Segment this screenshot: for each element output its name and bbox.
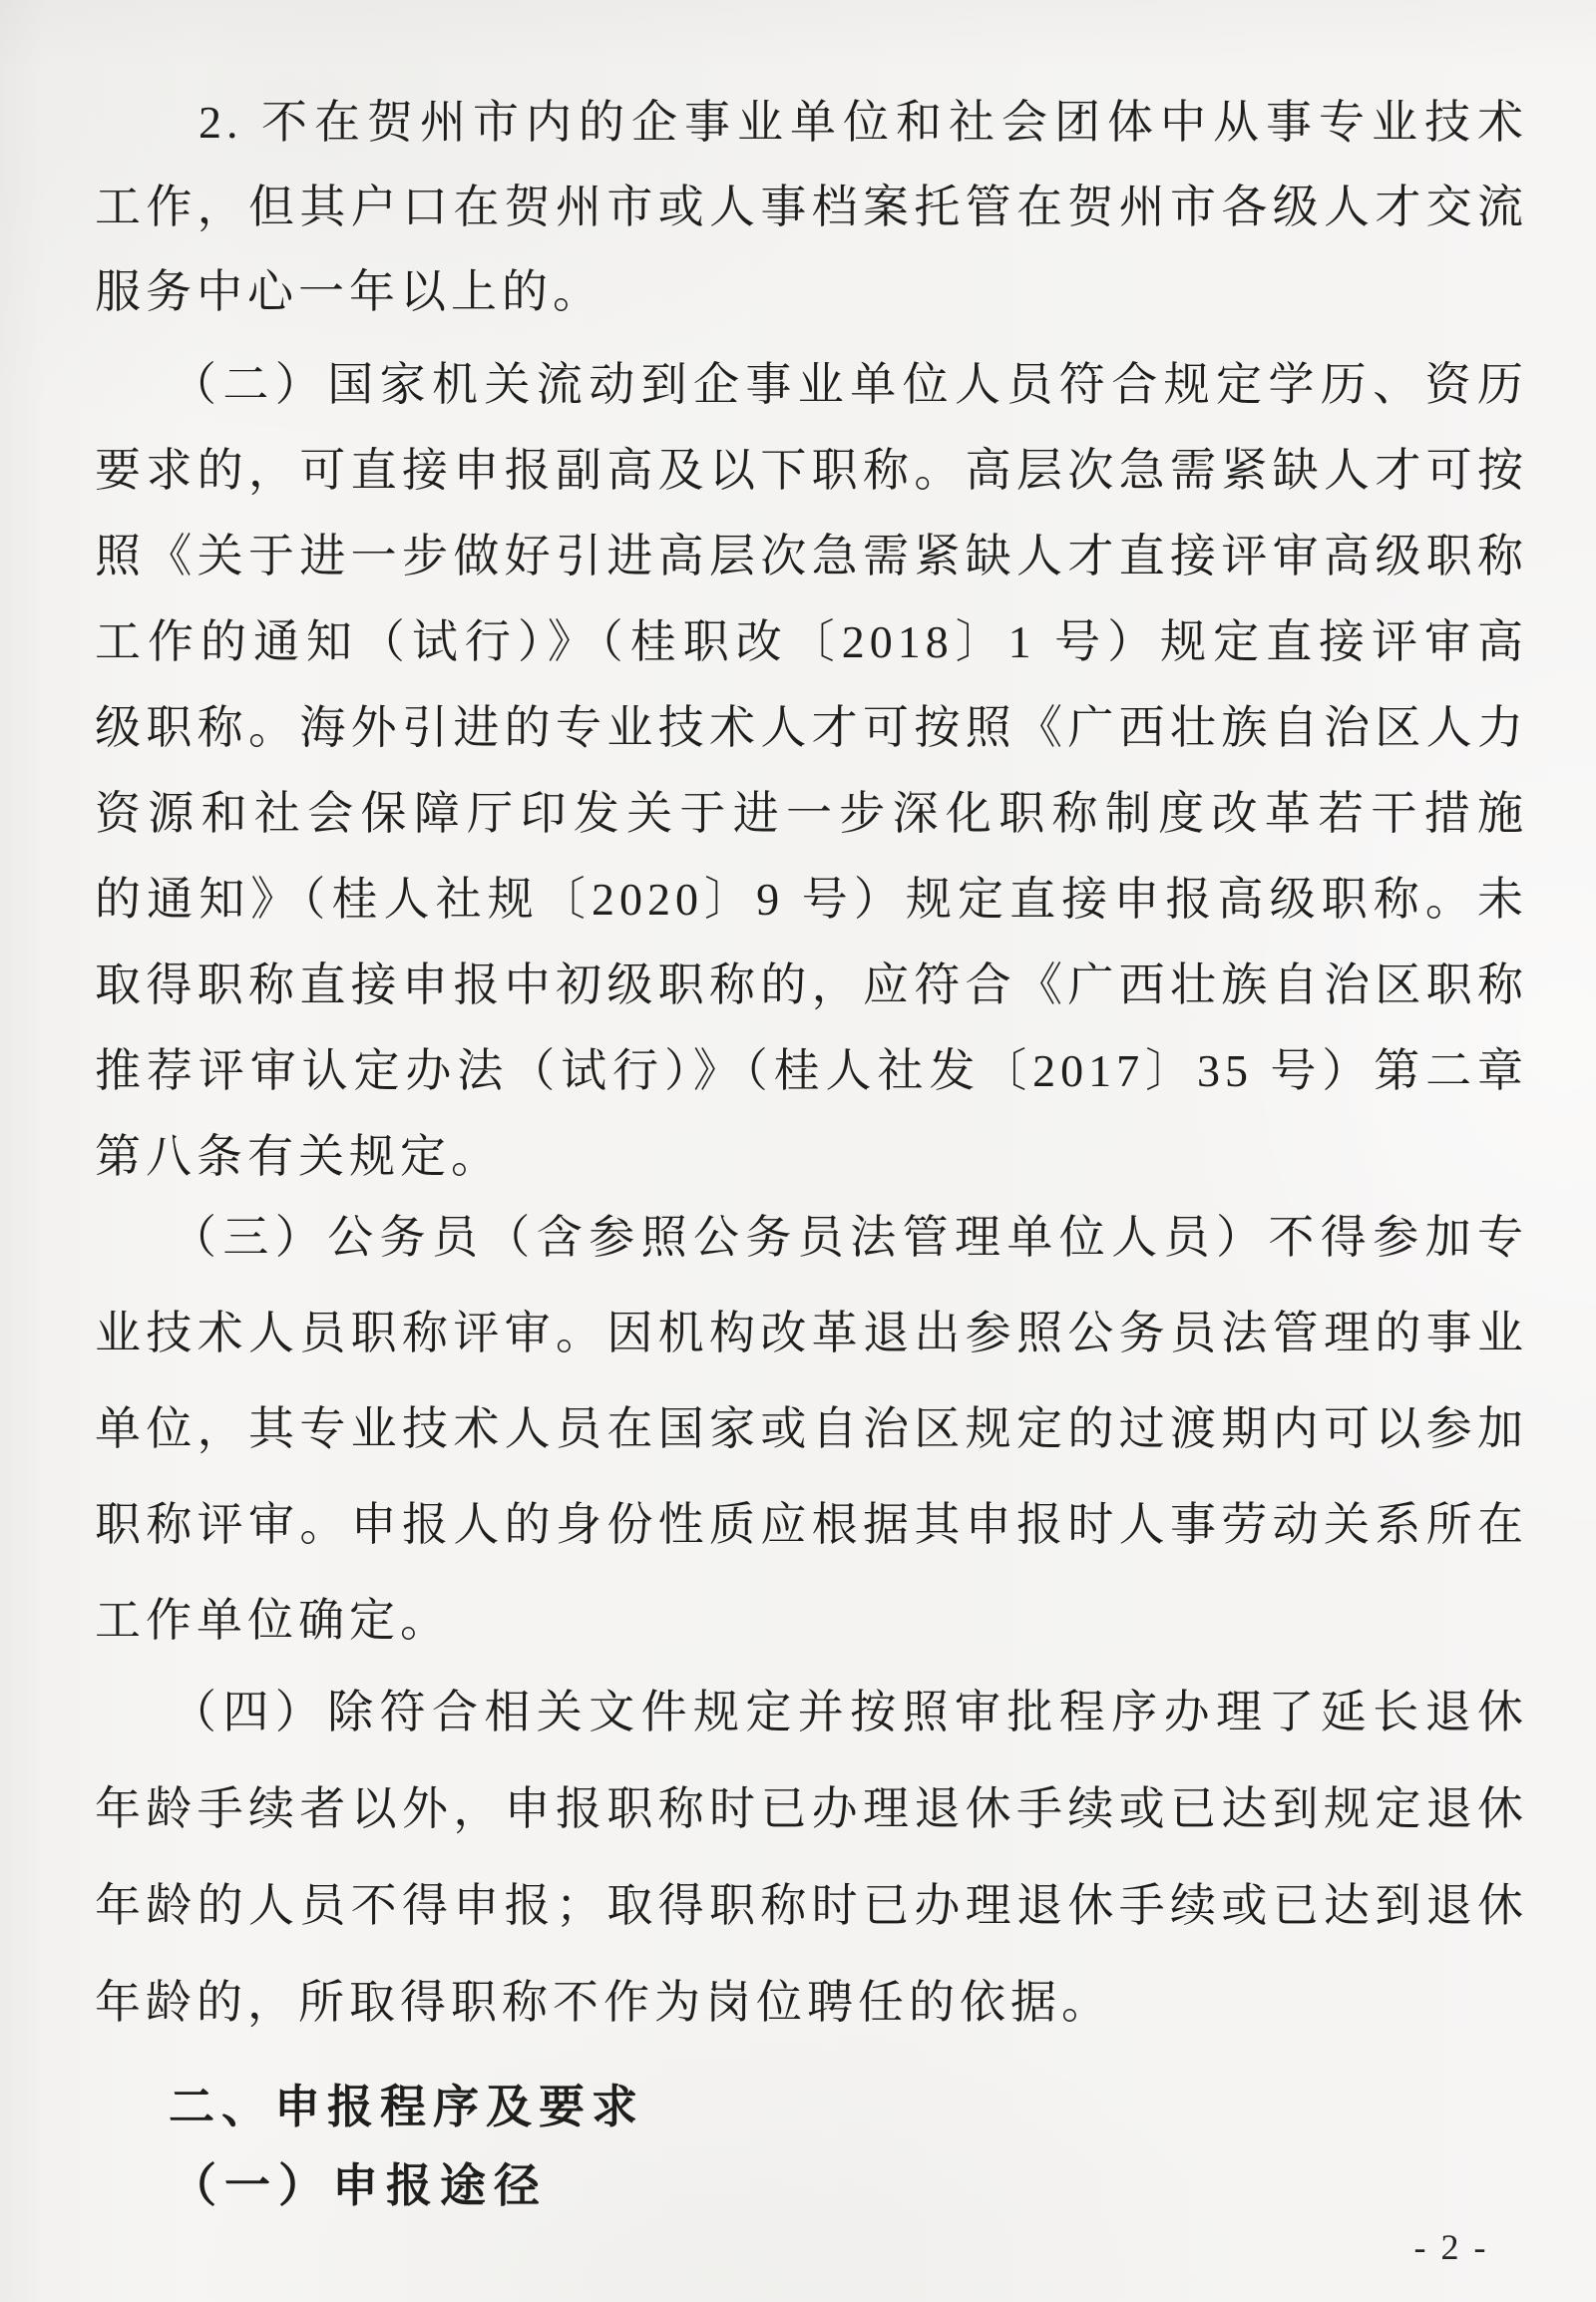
text-line: 级职称。海外引进的专业技术人才可按照《广西壮族自治区人力	[95, 685, 1528, 771]
text-line: 单位，其专业技术人员在国家或自治区规定的过渡期内可以参加	[95, 1381, 1528, 1477]
text-line: 年龄的，所取得职称不作为岗位聘任的依据。	[95, 1954, 1528, 2051]
page-number: - 2 -	[1392, 2224, 1511, 2270]
text-line: 业技术人员职称评审。因机构改革退出参照公务员法管理的事业	[95, 1286, 1528, 1381]
para-clause-four: （四）除符合相关文件规定并按照审批程序办理了延长退休 年龄手续者以外，申报职称时…	[95, 1664, 1528, 2051]
text-line: 第八条有关规定。	[95, 1114, 1528, 1200]
section-heading: 二、申报程序及要求	[95, 2067, 1528, 2146]
text-line: （三）公务员（含参照公务员法管理单位人员）不得参加专	[95, 1190, 1528, 1286]
scanned-document-page: 2. 不在贺州市内的企事业单位和社会团体中从事专业技术 工作，但其户口在贺州市或…	[0, 0, 1596, 2302]
text-line: 年龄手续者以外，申报职称时已办理退休手续或已达到规定退休	[95, 1760, 1528, 1857]
text-line: 的通知》（桂人社规〔2020〕9 号）规定直接申报高级职称。未	[95, 857, 1528, 943]
document-content: 2. 不在贺州市内的企事业单位和社会团体中从事专业技术 工作，但其户口在贺州市或…	[95, 80, 1528, 2226]
text-line: 照《关于进一步做好引进高层次急需紧缺人才直接评审高级职称	[95, 514, 1528, 599]
text-line: 工作，但其户口在贺州市或人事档案托管在贺州市各级人才交流	[95, 165, 1528, 249]
text-line: 年龄的人员不得申报；取得职称时已办理退休手续或已达到退休	[95, 1857, 1528, 1954]
text-line: 2. 不在贺州市内的企事业单位和社会团体中从事专业技术	[95, 80, 1528, 165]
text-line: （二）国家机关流动到企事业单位人员符合规定学历、资历	[95, 342, 1528, 428]
text-line: 要求的，可直接申报副高及以下职称。高层次急需紧缺人才可按	[95, 428, 1528, 514]
text-line: （四）除符合相关文件规定并按照审批程序办理了延长退休	[95, 1664, 1528, 1760]
text-line: 职称评审。申报人的身份性质应根据其申报时人事劳动关系所在	[95, 1477, 1528, 1573]
para-clause-three: （三）公务员（含参照公务员法管理单位人员）不得参加专 业技术人员职称评审。因机构…	[95, 1190, 1528, 1669]
scan-shading-top	[0, 0, 1596, 70]
text-line: 工作的通知（试行）》（桂职改〔2018〕1 号）规定直接评审高	[95, 599, 1528, 685]
text-line: 服务中心一年以上的。	[95, 249, 1528, 334]
text-line: 资源和社会保障厅印发关于进一步深化职称制度改革若干措施	[95, 771, 1528, 857]
subsection-heading: （一）申报途径	[95, 2146, 1528, 2226]
scan-shading-left	[0, 0, 46, 2302]
text-line: 工作单位确定。	[95, 1573, 1528, 1669]
para-clause-two: （二）国家机关流动到企事业单位人员符合规定学历、资历 要求的，可直接申报副高及以…	[95, 342, 1528, 1200]
text-line: 推荐评审认定办法（试行）》（桂人社发〔2017〕35 号）第二章	[95, 1028, 1528, 1114]
text-line: 取得职称直接申报中初级职称的，应符合《广西壮族自治区职称	[95, 943, 1528, 1028]
para-clause-2: 2. 不在贺州市内的企事业单位和社会团体中从事专业技术 工作，但其户口在贺州市或…	[95, 80, 1528, 334]
